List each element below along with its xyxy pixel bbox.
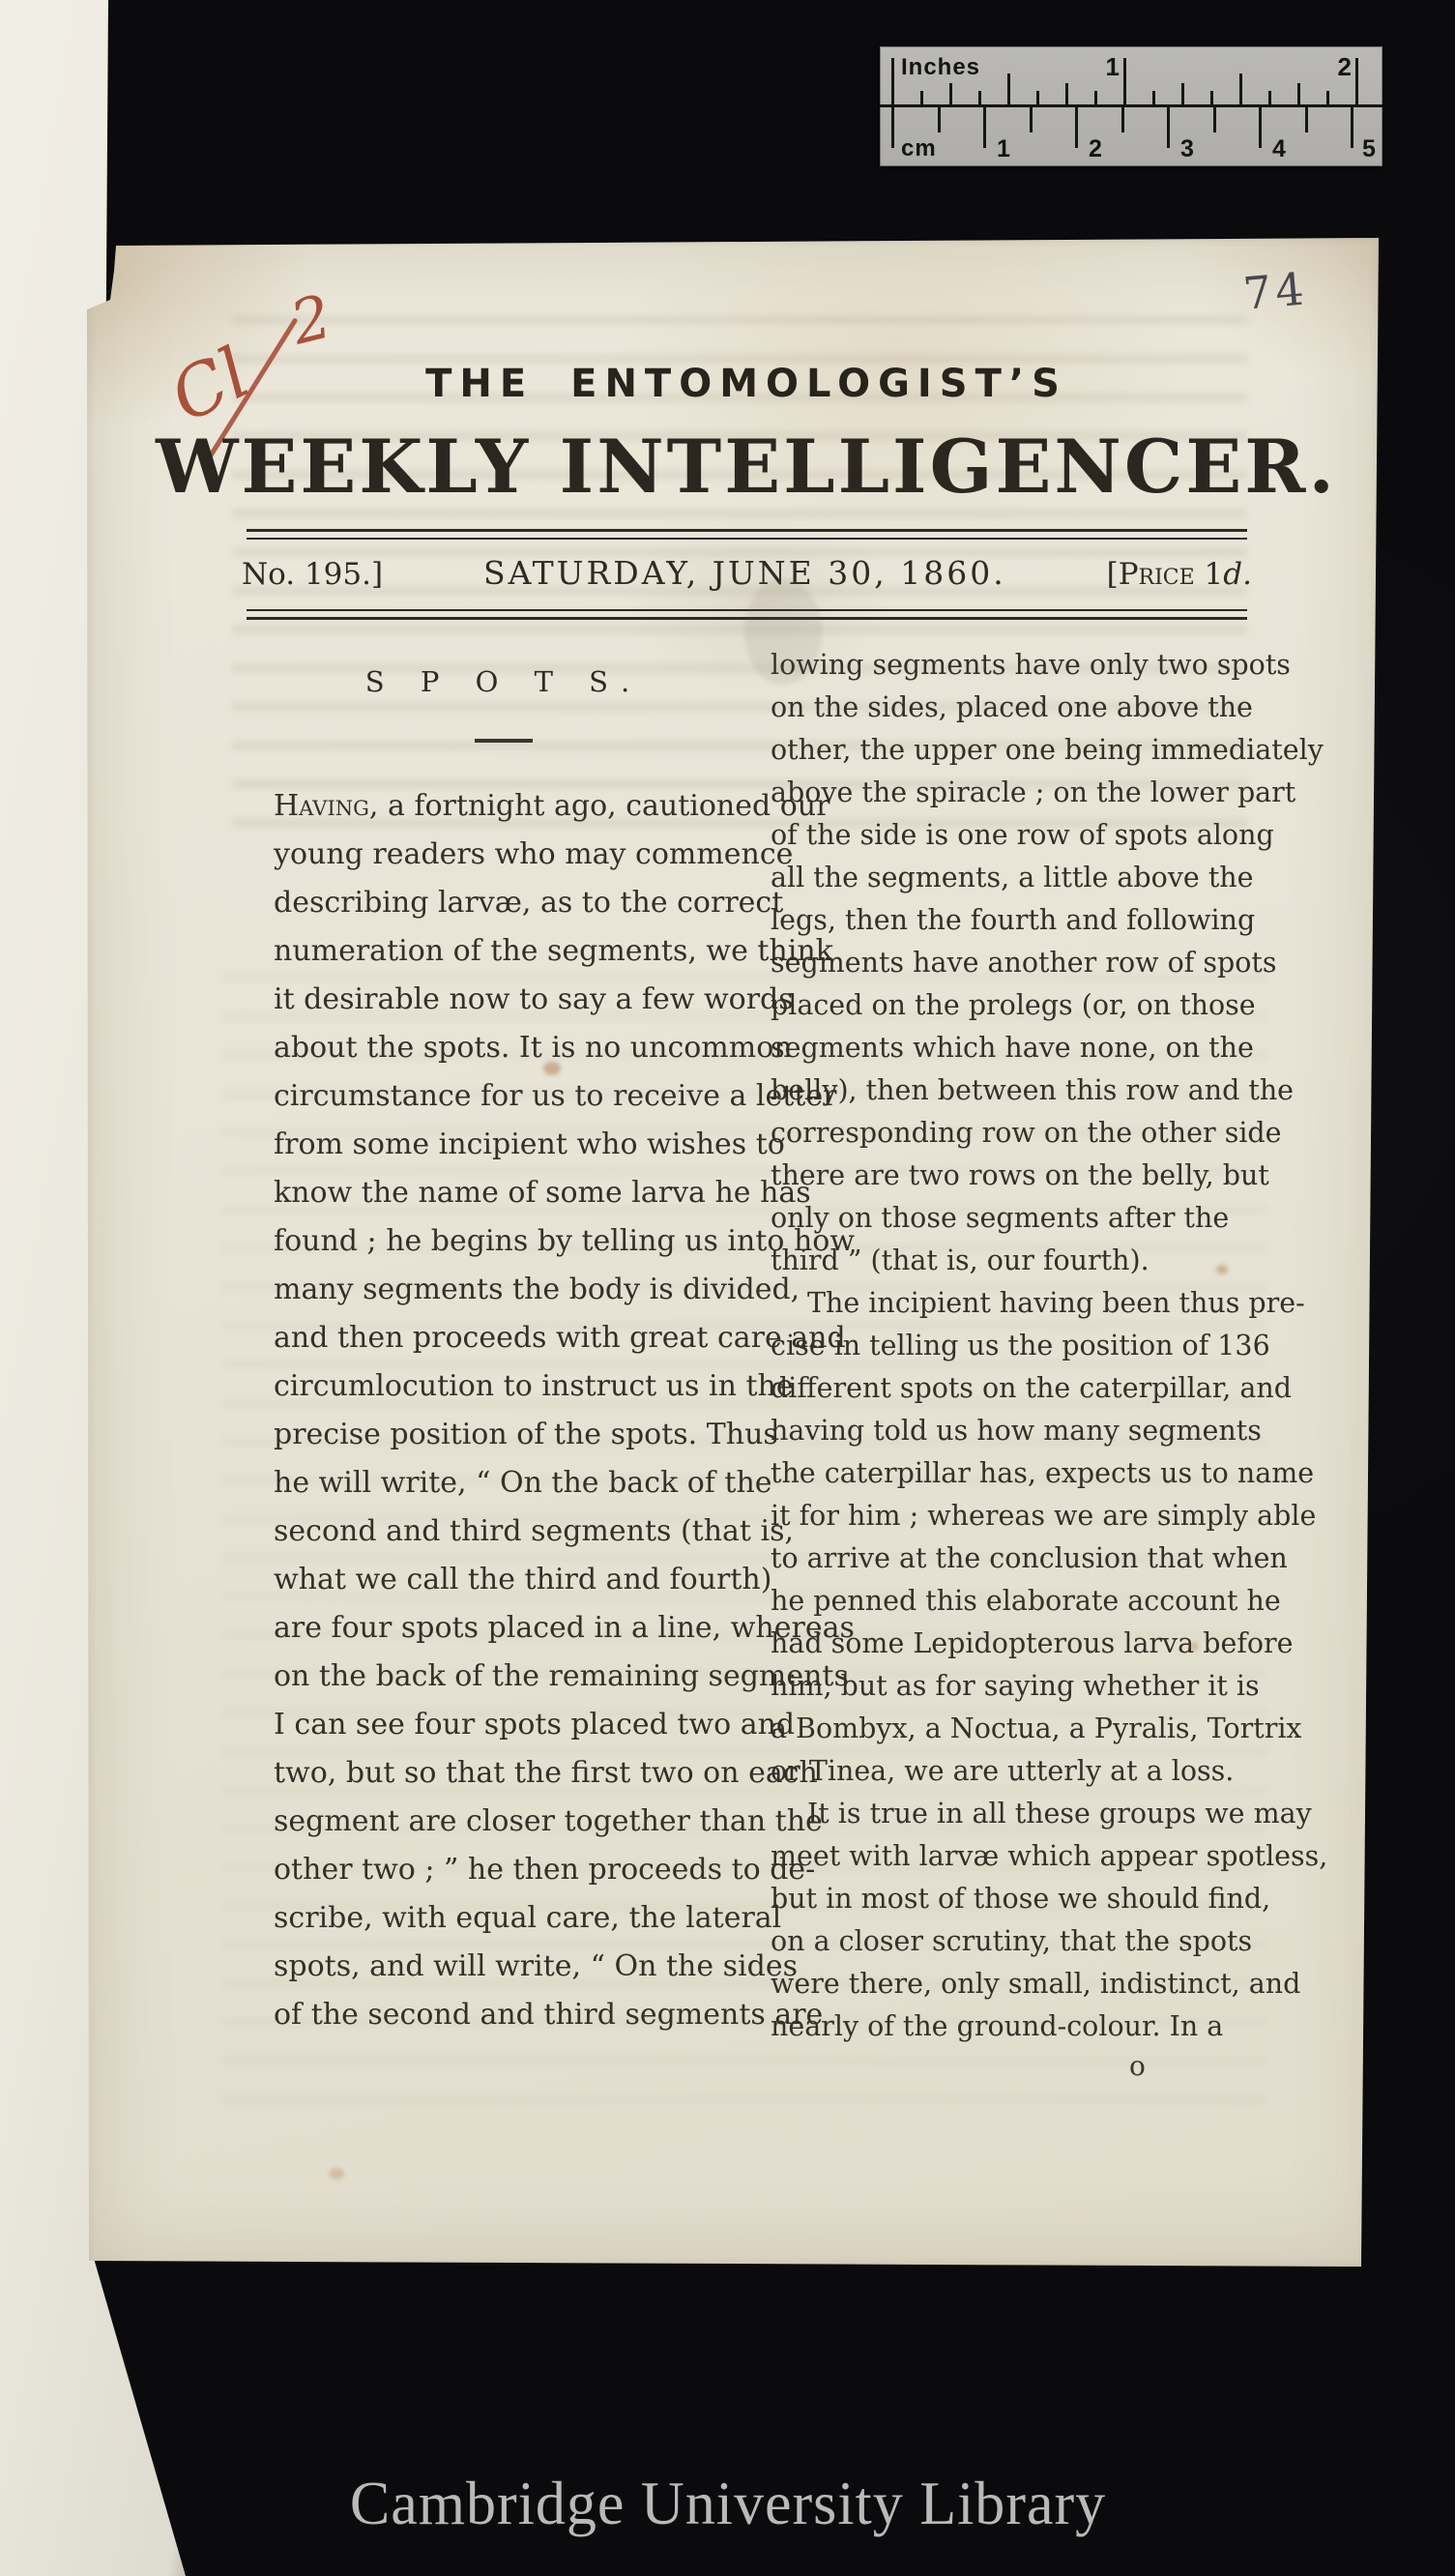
text-line: third ” (that is, our fourth).: [771, 1240, 1220, 1282]
lead-word: Having,: [274, 789, 378, 823]
text-line: to arrive at the conclusion that when: [771, 1537, 1220, 1580]
price-value: 1: [1195, 557, 1224, 592]
text-line: he penned this elaborate account he: [771, 1580, 1220, 1623]
foxing-spot: [329, 2168, 344, 2180]
text-line: above the spiracle ; on the lower part: [771, 772, 1220, 814]
text-line: second and third segments (that is,: [274, 1508, 735, 1556]
text-line: a Bombyx, a Noctua, a Pyralis, Tortrix: [771, 1708, 1220, 1750]
text-line: about the spots. It is no uncommon: [274, 1024, 735, 1072]
text-line: on the back of the remaining segments: [274, 1653, 735, 1701]
text-line: It is true in all these groups we may: [771, 1793, 1220, 1835]
text-line: all the segments, a little above the: [771, 857, 1220, 899]
text-line: and then proceeds with great care and: [274, 1314, 735, 1362]
text-line: many segments the body is divided,: [274, 1266, 735, 1314]
issue-line: No. 195.] SATURDAY, JUNE 30, 1860. [Pric…: [242, 554, 1252, 597]
ruler-cm-label: cm: [901, 135, 937, 162]
ruler-cm-4: 4: [1272, 135, 1286, 163]
price-unit: d.: [1223, 557, 1252, 592]
text-line: young readers who may commence: [274, 831, 735, 879]
handwritten-folio-number: 74: [1241, 262, 1310, 320]
text-line: on the sides, placed one above the: [771, 687, 1220, 729]
right-column: lowing segments have only two spots on t…: [771, 644, 1220, 2048]
text-line: lowing segments have only two spots: [771, 644, 1220, 687]
text-line: different spots on the caterpillar, and: [771, 1367, 1220, 1410]
text-line: describing larvæ, as to the correct: [274, 879, 735, 927]
text-line: there are two rows on the belly, but: [771, 1155, 1220, 1197]
text-line: precise position of the spots. Thus: [274, 1411, 735, 1459]
issue-date: SATURDAY, JUNE 30, 1860.: [483, 554, 1006, 592]
double-rule-bottom: [247, 617, 1247, 620]
text-line: Having, a fortnight ago, cautioned our: [274, 782, 735, 831]
double-rule-bottom: [247, 609, 1247, 611]
text-line: scribe, with equal care, the lateral: [274, 1894, 735, 1943]
text-line: found ; he begins by telling us into how: [274, 1217, 735, 1266]
text-line: from some incipient who wishes to: [274, 1121, 735, 1169]
text-line: meet with larvæ which appear spotless,: [771, 1835, 1220, 1878]
issue-price: [Price 1d.: [1107, 557, 1252, 592]
ruler-inch-2: 2: [1313, 52, 1352, 82]
text-line: the caterpillar has, expects us to name: [771, 1452, 1220, 1495]
text-line: legs, then the fourth and following: [771, 899, 1220, 942]
text-line: nearly of the ground-colour. In a: [771, 2005, 1220, 2048]
text-line: other, the upper one being immediately: [771, 729, 1220, 772]
ruler-inches-label: Inches: [901, 54, 980, 81]
ruler-cm-3: 3: [1180, 135, 1194, 163]
text-line: it desirable now to say a few words: [274, 976, 735, 1024]
text-line: it for him ; whereas we are simply able: [771, 1495, 1220, 1537]
ruler-cm-5: 5: [1362, 135, 1376, 163]
article-text-left: Having, a fortnight ago, cautioned our y…: [274, 782, 735, 2039]
issue-number: No. 195.]: [242, 557, 383, 592]
text-line: belly), then between this row and the: [771, 1069, 1220, 1112]
text-line: segments which have none, on the: [771, 1027, 1220, 1069]
text-line: know the name of some larva he has: [274, 1169, 735, 1217]
text-line: of the second and third segments are: [274, 1991, 735, 2039]
text-line: segment are closer together than the: [274, 1798, 735, 1846]
text-line: The incipient having been thus pre-: [771, 1282, 1220, 1325]
text-line: had some Lepidopterous larva before: [771, 1623, 1220, 1665]
price-label: [Price: [1107, 557, 1195, 592]
masthead-title: WEEKLY INTELLIGENCER.: [156, 424, 1337, 510]
text-line: two, but so that the first two on each: [274, 1749, 735, 1798]
text-line: circumlocution to instruct us in the: [274, 1362, 735, 1411]
text-line: other two ; ” he then proceeds to de-: [274, 1846, 735, 1894]
double-rule-top: [247, 529, 1247, 532]
library-watermark: Cambridge University Library: [350, 2468, 1106, 2539]
ruler-inch-1: 1: [1081, 52, 1120, 82]
text-line: him, but as for saying whether it is: [771, 1665, 1220, 1708]
double-rule-top: [247, 538, 1247, 540]
newspaper-page: Cl 2 74 THE ENTOMOLOGIST’S WEEKLY INTELL…: [87, 238, 1379, 2267]
text-line: were there, only small, indistinct, and: [771, 1963, 1220, 2005]
masthead-pretitle: THE ENTOMOLOGIST’S: [425, 362, 1067, 406]
text-line: but in most of those we should find,: [771, 1878, 1220, 1920]
text-line: he will write, “ On the back of the: [274, 1459, 735, 1508]
handwritten-classmark-cl: Cl: [159, 332, 262, 438]
ruler-cm-1: 1: [997, 135, 1010, 163]
text-line: are four spots placed in a line, whereas: [274, 1604, 735, 1653]
ruler-cm-2: 2: [1089, 135, 1102, 163]
heading-rule: [475, 739, 533, 743]
text-line: cise in telling us the position of 136: [771, 1325, 1220, 1367]
text-line: or Tinea, we are utterly at a loss.: [771, 1750, 1220, 1793]
text-line: of the side is one row of spots along: [771, 814, 1220, 857]
text-line: numeration of the segments, we think: [274, 927, 735, 976]
text-line: only on those segments after the: [771, 1197, 1220, 1240]
text-line: segments have another row of spots: [771, 942, 1220, 984]
text-line: on a closer scrutiny, that the spots: [771, 1920, 1220, 1963]
text-line: what we call the third and fourth): [274, 1556, 735, 1604]
text-line: circumstance for us to receive a letter: [274, 1072, 735, 1121]
measurement-ruler: Inches 1 2 cm 1 2 3 4 5: [880, 46, 1382, 166]
text-line: placed on the prolegs (or, on those: [771, 984, 1220, 1027]
text-line: having told us how many segments: [771, 1410, 1220, 1452]
scanned-document-photo: { "ruler": { "inches_label": "Inches", "…: [0, 0, 1455, 2576]
text-line: corresponding row on the other side: [771, 1112, 1220, 1155]
text-line: I can see four spots placed two and: [274, 1701, 735, 1749]
text-line: spots, and will write, “ On the sides: [274, 1943, 735, 1991]
article-heading: S P O T S.: [274, 665, 735, 698]
signature-mark: o: [1129, 2050, 1146, 2082]
